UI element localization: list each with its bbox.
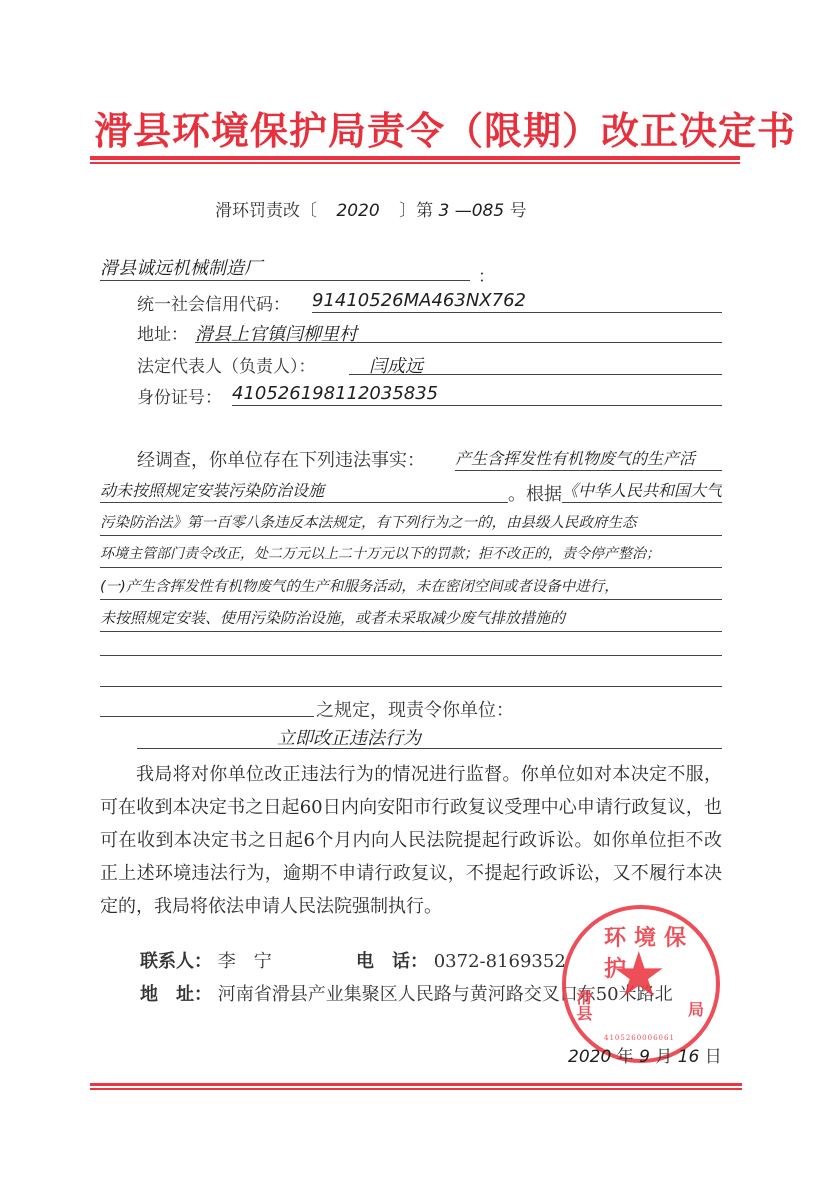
facts-text-6: 未按照规定安装、使用污染防治设施，或者未采取减少废气排放措施的 (100, 609, 565, 627)
recipient-name: 滑县诚远机械制造厂 (100, 258, 262, 279)
doc-number-prefix: 滑环罚责改〔 (215, 201, 317, 221)
document-number: 滑环罚责改〔 2020 〕第 3 —085 号 (215, 196, 527, 221)
contact-person-label: 联系人： (140, 951, 212, 972)
id-number-value: 410526198112035835 (232, 383, 438, 404)
notice-text: 我局将对你单位改正违法行为的情况进行监督。你单位如对本决定不服，可在收到本决定书… (100, 764, 722, 917)
seal-text-left: 滑县 (572, 989, 595, 1021)
facts-text-3: 污染防治法》第一百零八条违反本法规定，有下列行为之一的，由县级人民政府生态 (100, 515, 637, 531)
contact-phone: 0372-8169352 (434, 951, 566, 972)
facts-text-5: (一)产生含挥发性有机物废气的生产和服务活动，未在密闭空间或者设备中进行， (100, 579, 619, 595)
facts-line-2: 动未按照规定安装污染防治设施 。根据 《中华人民共和国大气 (100, 478, 722, 504)
basis-label: 。根据 (508, 480, 562, 506)
issue-date: 2020 年 9 月 16 日 (568, 1042, 722, 1067)
legal-rep-row: 法定代表人（负责人）： 闫成远 (137, 352, 722, 376)
basis-text: 《中华人民共和国大气 (562, 481, 722, 500)
facts-hw-line-6: 未按照规定安装、使用污染防治设施，或者未采取减少废气排放措施的 (100, 607, 722, 632)
facts-hw-line-5: (一)产生含挥发性有机物废气的生产和服务活动，未在密闭空间或者设备中进行， (100, 575, 722, 600)
provision-tail: 之规定，现责令你单位： (316, 696, 514, 722)
facts-hw-basis: 《中华人民共和国大气 (562, 478, 722, 503)
facts-text-4: 环境主管部门责令改正，处二万元以上二十万元以下的罚款；拒不改正的，责令停产整治； (100, 546, 660, 562)
credit-code-row: 统一社会信用代码： 91410526MA463NX762 (137, 290, 722, 314)
date-month: 9 (639, 1047, 650, 1067)
facts-blank-line-7 (100, 639, 722, 656)
date-day-label: 日 (705, 1047, 722, 1067)
contact-person: 李 宁 (218, 951, 272, 972)
seal-text-top: 环境保护 (604, 921, 716, 983)
facts-text-2: 动未按照规定安装污染防治设施 (100, 481, 324, 500)
address-label: 地址： (137, 325, 188, 345)
address-value: 滑县上官镇闫柳里村 (195, 324, 357, 345)
facts-hw-line-2: 动未按照规定安装污染防治设施 (100, 478, 508, 503)
seal-code: 4105260006061 (604, 1034, 675, 1042)
legal-rep-line: 闫成远 (349, 352, 722, 375)
facts-line-1: 经调查，你单位存在下列违法事实： 产生含挥发性有机物废气的生产活 (137, 446, 722, 472)
recipient-colon: ： (478, 262, 495, 287)
id-number-label: 身份证号： (137, 388, 222, 408)
provision-row: 之规定，现责令你单位： (100, 696, 722, 722)
id-number-row: 身份证号： 410526198112035835 (137, 383, 722, 407)
order-line: 立即改正违法行为 (137, 724, 722, 749)
contact-phone-row: 电 话： 0372-8169352 (356, 947, 566, 973)
date-month-label: 月 (655, 1047, 672, 1067)
title-rule-thin (90, 162, 740, 164)
contact-address-label: 地 址： (140, 984, 212, 1005)
title-rule-thick (90, 156, 740, 160)
credit-code-value: 91410526MA463NX762 (312, 290, 526, 311)
provision-blank-line (100, 696, 314, 717)
facts-blank-line-8 (100, 670, 722, 687)
facts-text-1: 产生含挥发性有机物废气的生产活 (455, 449, 695, 468)
document-title: 滑县环境保护局责令（限期）改正决定书 (94, 100, 744, 155)
date-year-label: 年 (617, 1047, 634, 1067)
recipient-name-line: 滑县诚远机械制造厂 (100, 254, 470, 281)
seal-text-right: 局 (688, 997, 704, 1020)
facts-hw-line-4: 环境主管部门责令改正，处二万元以上二十万元以下的罚款；拒不改正的，责令停产整治； (100, 543, 722, 568)
footer-rule-thin (90, 1088, 742, 1090)
doc-number-value: 3 —085 (438, 201, 504, 221)
official-seal: ★ 环境保护 滑县 局 4105260006061 (562, 905, 720, 1063)
doc-number-suffix: 号 (510, 201, 527, 221)
order-text: 立即改正违法行为 (277, 728, 421, 749)
contact-phone-label: 电 话： (356, 951, 428, 972)
date-year: 2020 (568, 1047, 611, 1067)
notice-paragraph: 我局将对你单位改正违法行为的情况进行监督。你单位如对本决定不服，可在收到本决定书… (100, 758, 722, 923)
facts-hw-line-1: 产生含挥发性有机物废气的生产活 (455, 446, 722, 471)
contact-person-row: 联系人： 李 宁 (140, 947, 272, 973)
facts-hw-line-3: 污染防治法》第一百零八条违反本法规定，有下列行为之一的，由县级人民政府生态 (100, 511, 722, 536)
doc-number-middle: 〕第 (399, 201, 433, 221)
credit-code-line: 91410526MA463NX762 (312, 290, 722, 313)
legal-rep-value: 闫成远 (369, 356, 423, 377)
doc-number-year: 2020 (336, 201, 379, 221)
date-day: 16 (678, 1047, 700, 1067)
address-line: 滑县上官镇闫柳里村 (195, 320, 722, 343)
credit-code-label: 统一社会信用代码： (137, 295, 290, 315)
address-row: 地址： 滑县上官镇闫柳里村 (137, 320, 722, 344)
footer-rule-thick (90, 1083, 742, 1086)
legal-rep-label: 法定代表人（负责人）： (137, 357, 316, 377)
id-number-line: 410526198112035835 (232, 383, 722, 406)
facts-intro: 经调查，你单位存在下列违法事实： (137, 450, 425, 471)
